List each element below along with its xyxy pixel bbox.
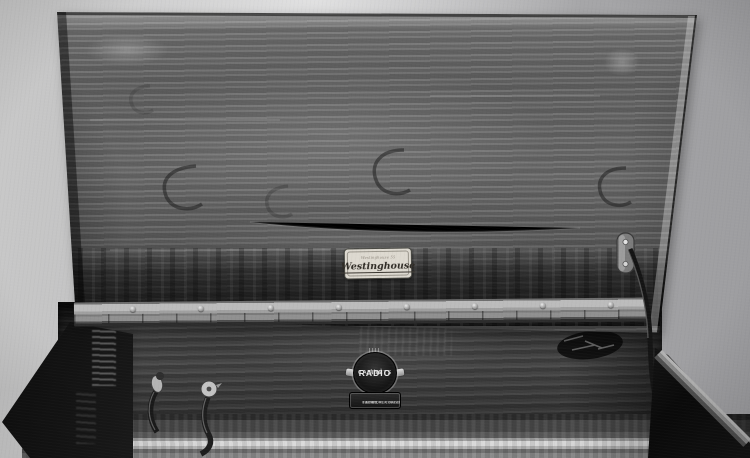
support-arm bbox=[628, 249, 656, 400]
lid-support-svg bbox=[0, 0, 750, 458]
photo-canvas: Westinghouse 55 Westinghouse Aird RADIO … bbox=[0, 0, 750, 458]
